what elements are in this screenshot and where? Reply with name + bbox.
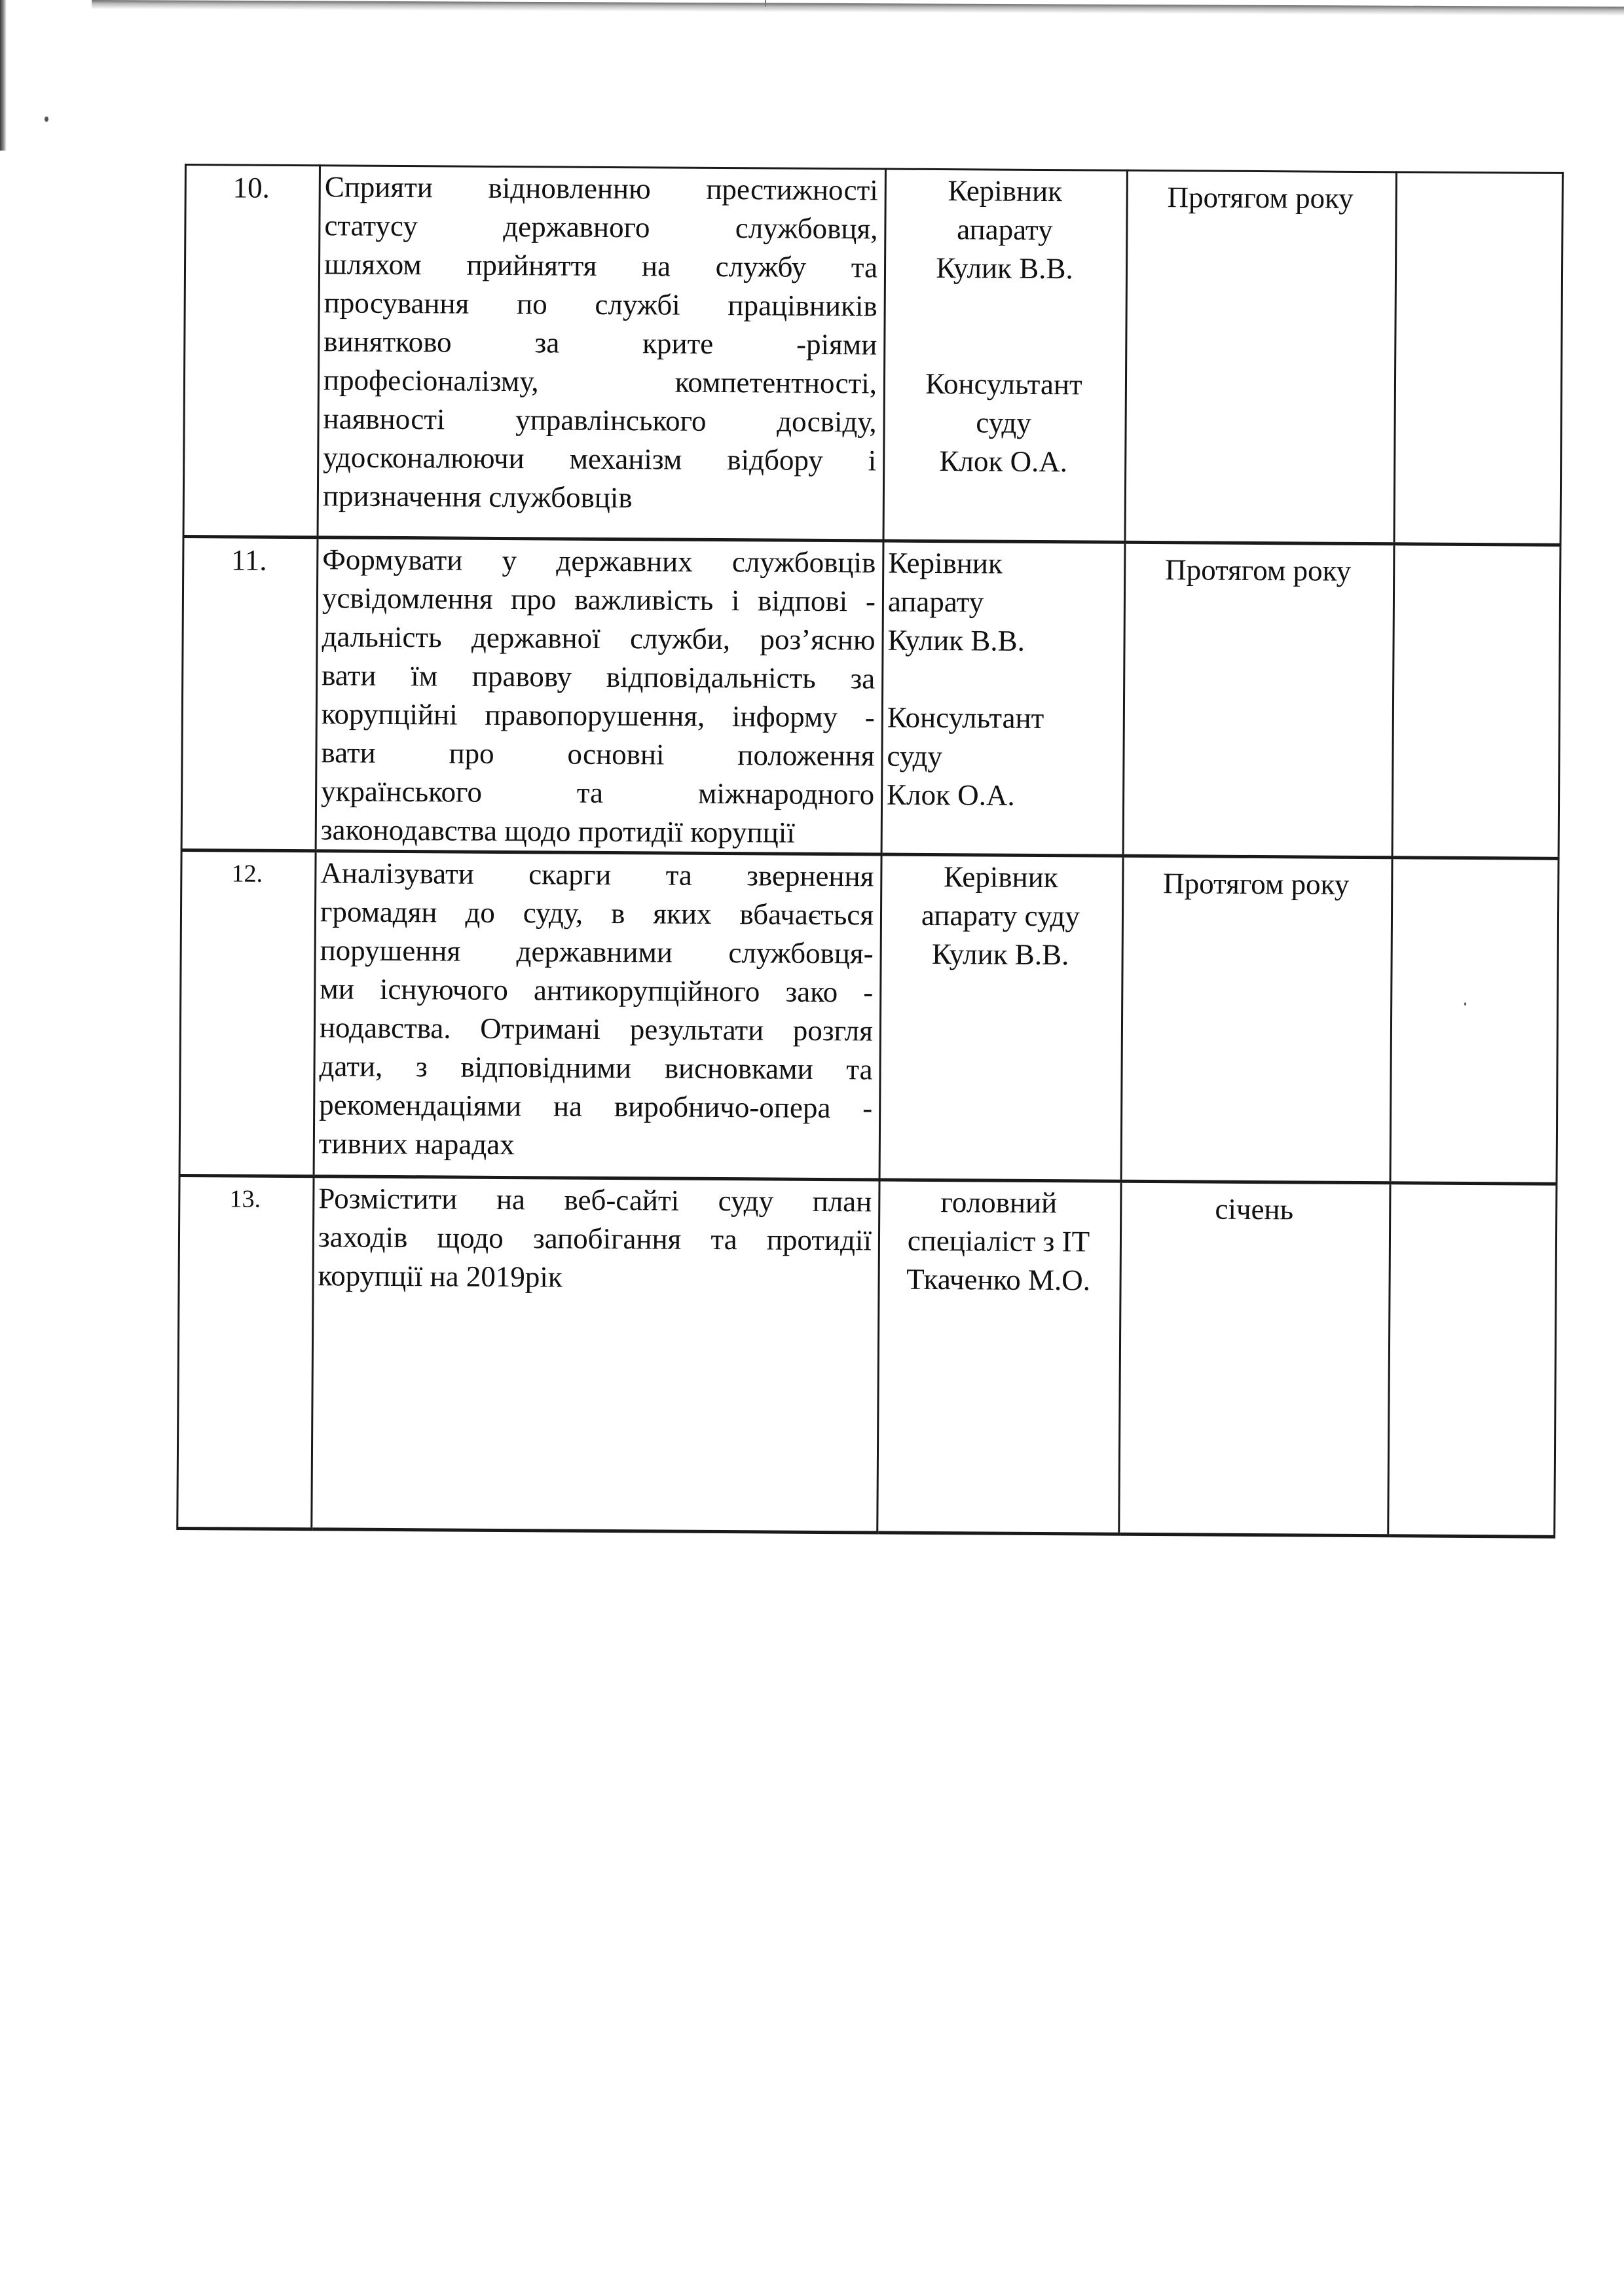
- table-row: 12. Аналізувати скарги та зверненнягрома…: [179, 850, 1559, 1184]
- measure-text-line: корупції на 2019рік: [318, 1256, 871, 1298]
- row-number-cell: 13.: [177, 1175, 314, 1529]
- measure-text-line: рекомендаціями на виробничо-опера -: [319, 1085, 872, 1127]
- responsible-person-line: суду: [887, 737, 1116, 777]
- measure-text-line: дати, з відповідними висновками та: [319, 1047, 872, 1089]
- table-row: 11. Формувати у державних службовцівусві…: [181, 536, 1560, 858]
- measure-text-line: статусу державного службовця,: [324, 206, 877, 248]
- scan-mark: [765, 0, 766, 7]
- row-number-cell: 12.: [179, 850, 316, 1176]
- responsible-person-line: Консультант: [887, 699, 1116, 738]
- responsible-person-line: Кулик В.В.: [885, 935, 1115, 975]
- measure-cell: Формувати у державних службовцівусвідомл…: [316, 538, 883, 854]
- responsible-person-line: Кулик В.В.: [890, 249, 1119, 289]
- responsible-person-line: Консультант: [889, 365, 1118, 405]
- measure-text-line: усвідомлення про важливість і відпові -: [322, 579, 876, 621]
- table-row: 13. Розмістити на веб-сайті суду планзах…: [177, 1175, 1557, 1537]
- term-cell: Протягом року: [1125, 170, 1396, 544]
- measure-text-line: професіоналізму, компетентності,: [323, 361, 877, 403]
- note-cell: [1392, 544, 1560, 859]
- responsible-person-line: апарату: [888, 583, 1117, 623]
- measure-cell: Розмістити на веб-сайті суду планзаходів…: [312, 1176, 879, 1533]
- term-text: Протягом року: [1128, 859, 1384, 904]
- scan-edge-top: [92, 0, 1624, 16]
- measure-text-line: корупційні правопорушення, інформу -: [322, 695, 875, 737]
- term-cell: Протягом року: [1123, 542, 1394, 858]
- measure-text-line: заходів щодо запобігання та протидії: [318, 1218, 872, 1260]
- spacer: [887, 660, 1116, 700]
- row-number-cell: 10.: [183, 165, 320, 538]
- measure-text-line: Формувати у державних службовців: [322, 540, 876, 582]
- measure-text-line: громадян до суду, в яких вбачається: [320, 892, 874, 934]
- term-text: Протягом року: [1132, 173, 1389, 218]
- measure-text-line: дальність державної служби, роз’ясню: [322, 617, 875, 659]
- responsible-cell: КерівникапаратуКулик В.В.Консультантсуду…: [883, 169, 1127, 542]
- measure-text-line: законодавства щодо протидії корупції: [321, 811, 874, 852]
- measure-text-line: нодавства. Отримані результати розгля: [320, 1008, 873, 1050]
- responsible-person-line: апарату суду: [886, 896, 1115, 936]
- measure-text-line: ми існуючого антикорупційного зако -: [320, 970, 873, 1011]
- note-cell: [1390, 858, 1559, 1184]
- term-text: січень: [1126, 1184, 1382, 1230]
- responsible-cell: головнийспеціаліст з ІТТкаченко М.О.: [877, 1180, 1121, 1534]
- responsible-person-line: головний: [884, 1183, 1113, 1223]
- responsible-cell: Керівникапарату судуКулик В.В.: [879, 854, 1123, 1181]
- responsible-person-line: Клок О.А.: [889, 442, 1118, 482]
- scan-speck: [45, 117, 48, 122]
- responsible-cell: КерівникапаратуКулик В.В.Консультантсуду…: [881, 541, 1125, 856]
- measure-text-line: призначення службовців: [323, 477, 876, 519]
- scan-edge-left: [0, 0, 7, 151]
- anticorruption-plan-table: 10. Сприяти відновленню престижностістат…: [176, 164, 1564, 1539]
- responsible-person-line: Ткаченко М.О.: [883, 1260, 1113, 1300]
- measure-text-line: Розмістити на веб-сайті суду план: [318, 1179, 872, 1221]
- spacer: [889, 287, 1119, 366]
- responsible-person-line: Керівник: [891, 172, 1120, 211]
- note-cell: [1394, 172, 1562, 545]
- responsible-person-line: суду: [889, 403, 1118, 443]
- term-cell: Протягом року: [1121, 856, 1392, 1183]
- responsible-person-line: спеціаліст з ІТ: [884, 1222, 1113, 1262]
- measure-text-line: Аналізувати скарги та звернення: [320, 854, 874, 896]
- responsible-person-line: апарату: [890, 210, 1119, 250]
- measure-text-line: Сприяти відновленню престижності: [325, 168, 878, 210]
- measure-text-line: українського та міжнародного: [321, 772, 874, 814]
- measure-text-line: вати про основні положення: [321, 733, 874, 775]
- responsible-person-line: Клок О.А.: [887, 776, 1116, 816]
- measure-cell: Аналізувати скарги та зверненнягромадян …: [314, 851, 881, 1180]
- measure-text-line: тивних нарадах: [319, 1124, 872, 1166]
- responsible-person-line: Кулик В.В.: [887, 621, 1116, 661]
- row-number-cell: 11.: [181, 536, 318, 850]
- responsible-person-line: Керівник: [886, 858, 1115, 898]
- measure-text-line: вати їм правову відповідальність за: [322, 656, 875, 698]
- term-text: Протягом року: [1130, 545, 1386, 591]
- measure-cell: Сприяти відновленню престижностістатусу …: [318, 166, 885, 541]
- measure-text-line: наявності управлінського досвіду,: [323, 399, 876, 441]
- responsible-person-line: Керівник: [888, 544, 1117, 584]
- row-number: 10.: [191, 167, 312, 208]
- measure-text-line: шляхом прийняття на службу та: [324, 245, 877, 287]
- measure-text-line: удосконалюючи механізм відбору і: [323, 438, 876, 480]
- measure-text-line: порушення державними службовця-: [320, 931, 873, 973]
- row-number: 12.: [186, 853, 308, 894]
- row-number: 11.: [188, 539, 310, 580]
- table-row: 10. Сприяти відновленню престижностістат…: [183, 165, 1562, 545]
- term-cell: січень: [1119, 1181, 1390, 1536]
- measure-text-line: просування по службі працівників: [324, 283, 877, 325]
- measure-text-line: винятково за крите -ріями: [323, 322, 877, 364]
- row-number: 13.: [184, 1178, 306, 1219]
- note-cell: [1388, 1183, 1557, 1537]
